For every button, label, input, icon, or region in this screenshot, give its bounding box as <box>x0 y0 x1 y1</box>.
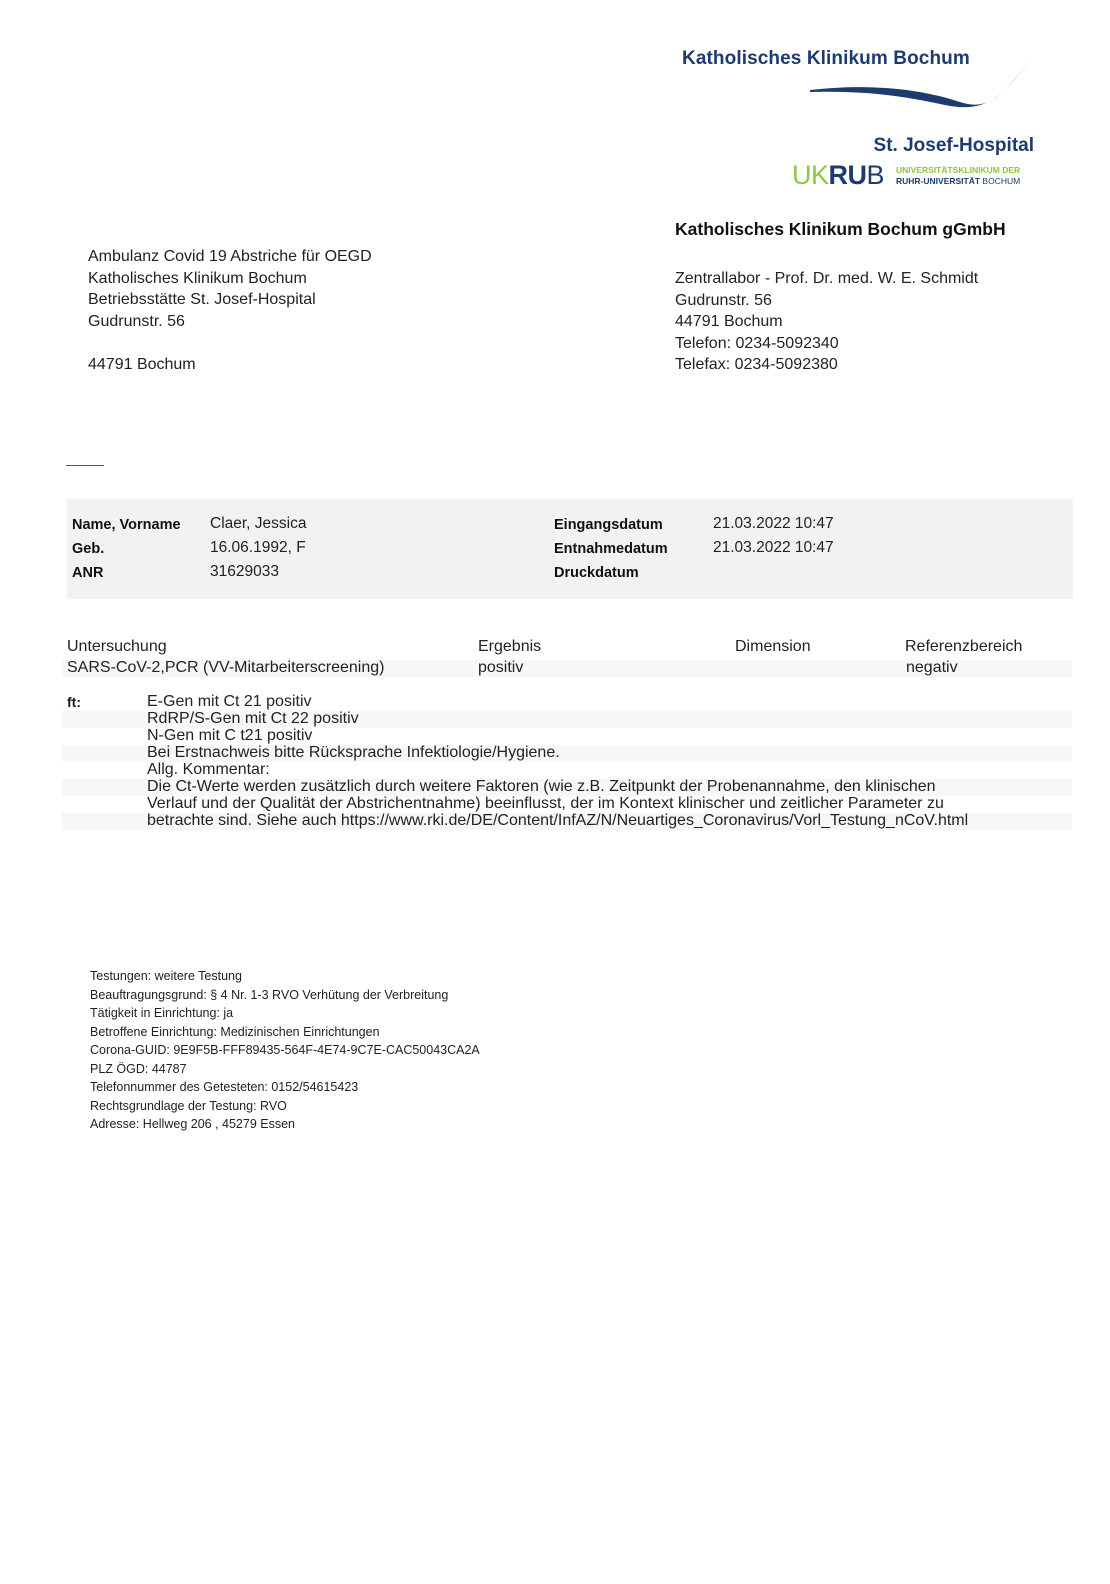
col-header-dimension: Dimension <box>735 638 811 656</box>
recipient-line: Ambulanz Covid 19 Abstriche für OEGD <box>88 246 372 268</box>
ukrub-tagline: UNIVERSITÄTSKLINIKUM DER RUHR-UNIVERSITÄ… <box>896 165 1020 187</box>
patient-left-labels: Name, Vorname Geb. ANR <box>72 513 181 585</box>
recipient-line: Betriebsstätte St. Josef-Hospital <box>88 289 372 311</box>
col-header-untersuchung: Untersuchung <box>67 638 167 656</box>
druckdatum-label: Druckdatum <box>554 561 668 585</box>
footer-line: Corona-GUID: 9E9F5B-FFF89435-564F-4E74-9… <box>90 1041 480 1060</box>
footer-line: Testungen: weitere Testung <box>90 967 480 986</box>
logo-swoosh-icon <box>800 50 1040 114</box>
dob-value: 16.06.1992, F <box>210 536 306 560</box>
dob-label: Geb. <box>72 537 181 561</box>
divider <box>66 465 104 466</box>
recipient-line: 44791 Bochum <box>88 354 372 376</box>
result-test-name: SARS-CoV-2,PCR (VV-Mitarbeiterscreening) <box>67 659 384 677</box>
finding-line: RdRP/S-Gen mit Ct 22 positiv <box>147 710 359 727</box>
sender-organization: Katholisches Klinikum Bochum gGmbH <box>675 219 1006 240</box>
patient-right-labels: Eingangsdatum Entnahmedatum Druckdatum <box>554 513 668 585</box>
anr-label: ANR <box>72 561 181 585</box>
patient-left-values: Claer, Jessica 16.06.1992, F 31629033 <box>210 512 306 584</box>
footer-line: Tätigkeit in Einrichtung: ja <box>90 1004 480 1023</box>
eingangsdatum-value: 21.03.2022 10:47 <box>713 512 834 536</box>
finding-line: N-Gen mit C t21 positiv <box>147 727 312 744</box>
ukrub-uk: UK <box>792 160 829 190</box>
col-header-ergebnis: Ergebnis <box>478 638 541 656</box>
name-label: Name, Vorname <box>72 513 181 537</box>
recipient-line: Gudrunstr. 56 <box>88 311 372 333</box>
result-reference: negativ <box>906 659 958 677</box>
finding-line: E-Gen mit Ct 21 positiv <box>147 693 312 710</box>
result-value: positiv <box>478 659 523 677</box>
sender-phone: Telefon: 0234-5092340 <box>675 333 978 355</box>
patient-right-values: 21.03.2022 10:47 21.03.2022 10:47 <box>713 512 834 584</box>
ukrub-logo: UKRUB <box>792 160 884 191</box>
finding-line: Die Ct-Werte werden zusätzlich durch wei… <box>147 778 936 795</box>
entnahmedatum-label: Entnahmedatum <box>554 537 668 561</box>
sender-line: Gudrunstr. 56 <box>675 290 978 312</box>
ukrub-tagline-1: UNIVERSITÄTSKLINIKUM DER <box>896 165 1020 176</box>
sender-address: Zentrallabor - Prof. Dr. med. W. E. Schm… <box>675 268 978 376</box>
recipient-line: Katholisches Klinikum Bochum <box>88 268 372 290</box>
finding-line-url: betrachte sind. Siehe auch https://www.r… <box>147 812 968 829</box>
sender-line: Zentrallabor - Prof. Dr. med. W. E. Schm… <box>675 268 978 290</box>
name-value: Claer, Jessica <box>210 512 306 536</box>
findings-label: ft: <box>67 694 81 710</box>
druckdatum-value <box>713 560 834 584</box>
footer-line: Adresse: Hellweg 206 , 45279 Essen <box>90 1115 480 1134</box>
footer-line: PLZ ÖGD: 44787 <box>90 1060 480 1079</box>
hospital-logo-text: St. Josef-Hospital <box>874 135 1034 157</box>
eingangsdatum-label: Eingangsdatum <box>554 513 668 537</box>
finding-line: Verlauf und der Qualität der Abstrichent… <box>147 795 944 812</box>
recipient-address: Ambulanz Covid 19 Abstriche für OEGD Kat… <box>88 246 372 375</box>
finding-line: Bei Erstnachweis bitte Rücksprache Infek… <box>147 744 560 761</box>
ukrub-tagline-2-thin: BOCHUM <box>980 176 1020 186</box>
anr-value: 31629033 <box>210 560 306 584</box>
finding-line: Allg. Kommentar: <box>147 761 270 778</box>
footer-line: Telefonnummer des Getesteten: 0152/54615… <box>90 1078 480 1097</box>
ukrub-ru: RU <box>829 160 867 190</box>
footer-line: Beauftragungsgrund: § 4 Nr. 1-3 RVO Verh… <box>90 986 480 1005</box>
footer-notes: Testungen: weitere Testung Beauftragungs… <box>90 967 480 1134</box>
sender-fax: Telefax: 0234-5092380 <box>675 354 978 376</box>
ukrub-tagline-2-bold: RUHR-UNIVERSITÄT <box>896 176 980 186</box>
ukrub-tagline-2: RUHR-UNIVERSITÄT BOCHUM <box>896 176 1020 187</box>
footer-line: Betroffene Einrichtung: Medizinischen Ei… <box>90 1023 480 1042</box>
sender-line: 44791 Bochum <box>675 311 978 333</box>
ukrub-b: B <box>867 160 885 190</box>
recipient-line <box>88 332 372 354</box>
col-header-referenzbereich: Referenzbereich <box>905 638 1022 656</box>
entnahmedatum-value: 21.03.2022 10:47 <box>713 536 834 560</box>
footer-line: Rechtsgrundlage der Testung: RVO <box>90 1097 480 1116</box>
